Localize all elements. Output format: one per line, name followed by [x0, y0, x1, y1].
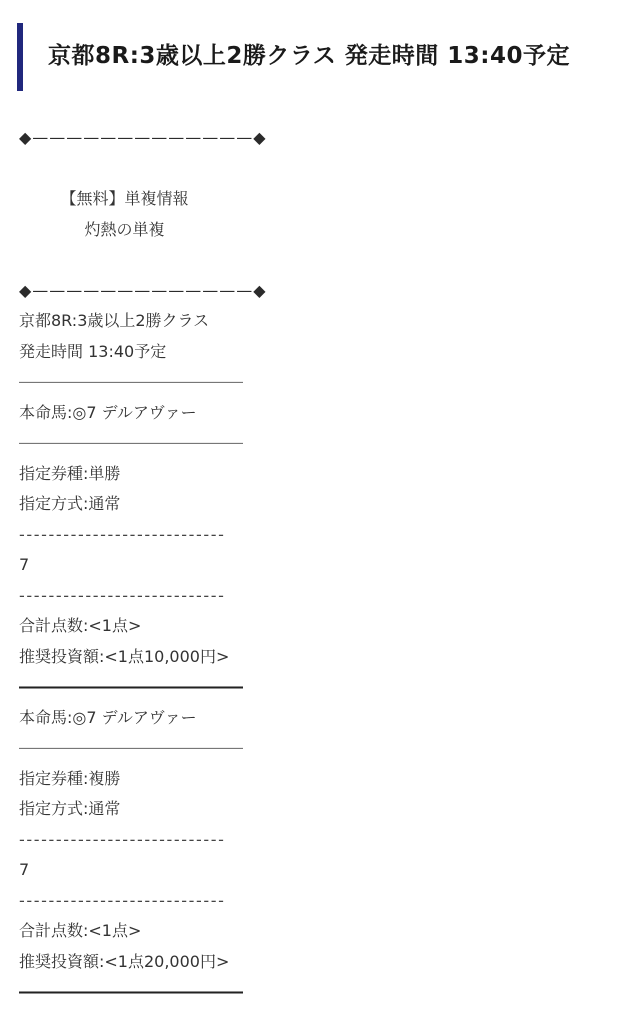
main-content: ◆—————————————◆ 【無料】単複情報 灼熱の単複 ◆————————…: [0, 123, 640, 1008]
ticket-block-tansho: 本命馬:◎7 デルアヴァー ―――――――――――――― 指定券種:単勝 指定方…: [19, 398, 640, 703]
total-points-line: 合計点数:<1点>: [19, 611, 640, 642]
page-header: 京都8R:3歳以上2勝クラス 発走時間 13:40予定: [17, 23, 610, 91]
ticket-block-fukusho: 本命馬:◎7 デルアヴァー ―――――――――――――― 指定券種:複勝 指定方…: [19, 703, 640, 1008]
race-name: 京都8R:3歳以上2勝クラス: [19, 306, 640, 337]
promo-label: 【無料】単複情報: [19, 184, 230, 215]
race-header-title: 京都8R:3歳以上2勝クラス 発走時間 13:40予定: [48, 40, 570, 73]
method-line: 指定方式:通常: [19, 794, 640, 825]
hyphen-divider: ----------------------------: [19, 520, 640, 551]
honmei-line: 本命馬:◎7 デルアヴァー: [19, 398, 640, 429]
investment-line: 推奨投資額:<1点20,000円>: [19, 947, 640, 978]
page: 京都8R:3歳以上2勝クラス 発走時間 13:40予定 ◆———————————…: [0, 0, 640, 1029]
method-line: 指定方式:通常: [19, 489, 640, 520]
diamond-divider: ◆—————————————◆: [19, 276, 640, 307]
horse-number: 7: [19, 550, 640, 581]
investment-line: 推奨投資額:<1点10,000円>: [19, 642, 640, 673]
hyphen-divider: ----------------------------: [19, 825, 640, 856]
race-start-time: 発走時間 13:40予定: [19, 337, 640, 368]
blank-line: [19, 154, 640, 185]
heavy-divider: ――――――――――――――: [19, 672, 640, 703]
ticket-type-line: 指定券種:単勝: [19, 459, 640, 490]
honmei-line: 本命馬:◎7 デルアヴァー: [19, 703, 640, 734]
hyphen-divider: ----------------------------: [19, 581, 640, 612]
horse-number: 7: [19, 855, 640, 886]
blank-line: [19, 245, 640, 276]
hyphen-divider: ----------------------------: [19, 886, 640, 917]
diamond-divider: ◆—————————————◆: [19, 123, 640, 154]
thin-divider: ――――――――――――――: [19, 733, 640, 764]
thin-divider: ――――――――――――――: [19, 428, 640, 459]
promo-name: 灼熱の単複: [19, 215, 230, 246]
total-points-line: 合計点数:<1点>: [19, 916, 640, 947]
thin-divider: ――――――――――――――: [19, 367, 640, 398]
ticket-type-line: 指定券種:複勝: [19, 764, 640, 795]
heavy-divider: ――――――――――――――: [19, 977, 640, 1008]
